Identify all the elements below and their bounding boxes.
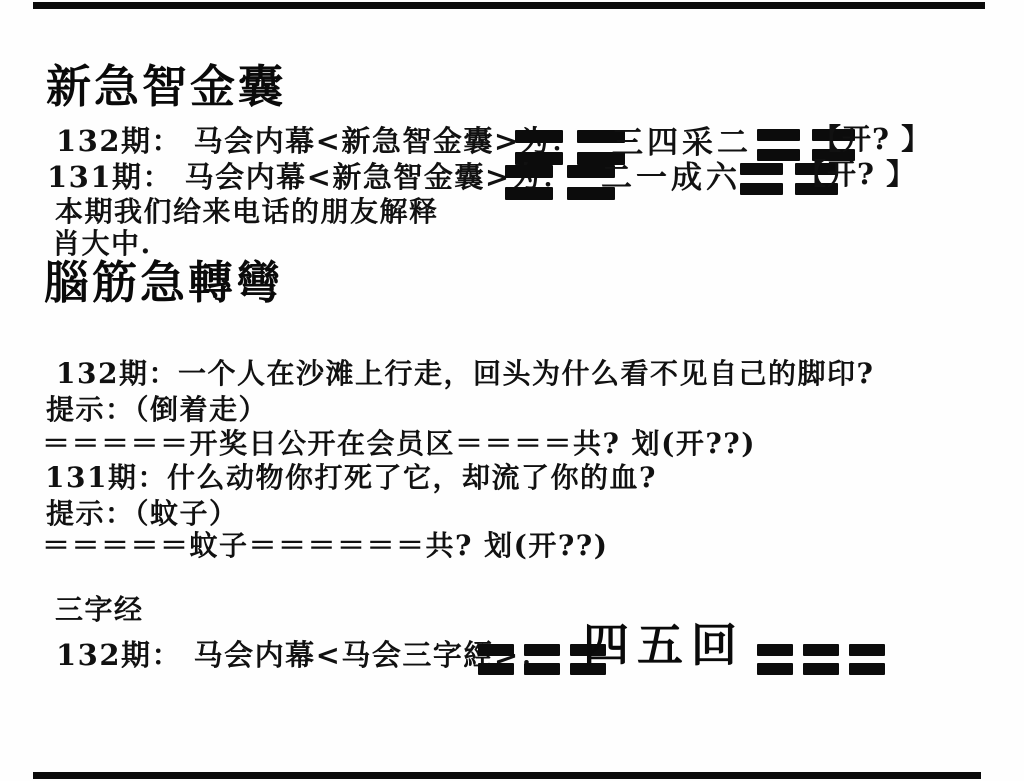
scan-edge-bottom [33, 772, 981, 779]
section3-title: 三字经 [55, 595, 144, 626]
hint-131: 提示：（蚊子） [46, 499, 239, 530]
row-132-label: 132期： 马会内幕<新急智金囊>为： [56, 126, 581, 158]
row-132-pick: 三四采二 [612, 126, 752, 160]
hexagram-bars-icon [757, 644, 885, 675]
section1-note: 本期我们给来电话的朋友解释 [55, 197, 439, 228]
scan-edge-top [33, 2, 985, 9]
equals-line-132: ＝＝＝＝＝开奖日公开在会员区＝＝＝＝共? 划(开??) [42, 429, 756, 460]
section1-title: 新急智金囊 [46, 62, 286, 112]
row-131-label: 131期： 马会内幕<新急智金囊>为： [47, 162, 572, 194]
riddle-131: 131期：什么动物你打死了它，却流了你的血? [45, 463, 657, 494]
row-131-pick: 二一成六 [601, 161, 741, 195]
hexagram-bars-icon [505, 165, 615, 200]
row-132-result: 【开? 】 [812, 124, 931, 156]
section2-title: 腦筋急轉彎 [44, 258, 284, 308]
hint-132: 提示：（倒着走） [46, 395, 268, 426]
riddle-132: 132期：一个人在沙滩上行走，回头为什么看不见自己的脚印? [56, 359, 874, 390]
row-131-result: 【开? 】 [797, 159, 916, 191]
row-132-sanzijing-pick: 四五回 [583, 620, 745, 671]
row-132-sanzijing-label: 132期： 马会内幕<马会三字經>： [56, 640, 550, 672]
equals-line-131: ＝＝＝＝＝蚊子＝＝＝＝＝＝共? 划(开??) [42, 531, 608, 562]
